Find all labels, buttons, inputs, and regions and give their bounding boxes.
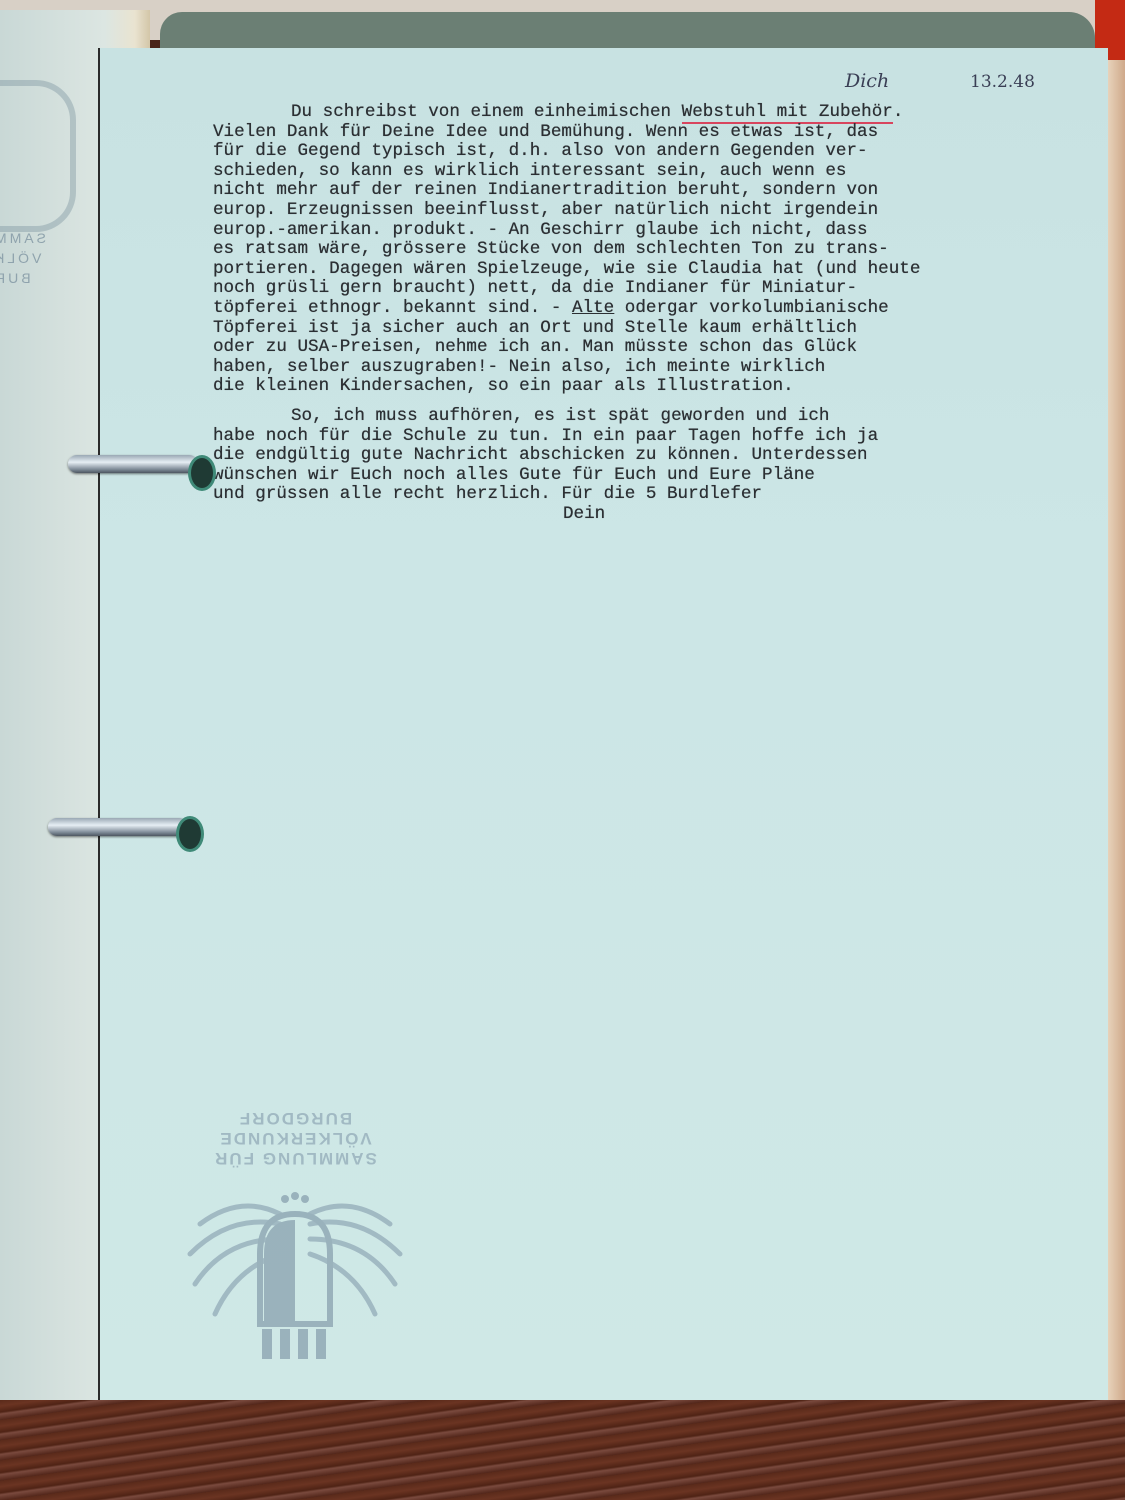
paragraph-1-line: haben, selber auszugraben!- Nein also, i… — [213, 358, 933, 378]
handwritten-date: 13.2.48 — [970, 72, 1035, 92]
binder-ring-top — [68, 455, 198, 473]
left-stamp-line-3: BUR — [0, 270, 31, 286]
paragraph-1-line: europ.-amerikan. produkt. - An Geschirr … — [213, 221, 933, 241]
paragraph-2-line: So, ich muss aufhören, es ist spät gewor… — [213, 407, 933, 427]
paragraph-2-line: die endgültig gute Nachricht abschicken … — [213, 446, 933, 466]
institution-stamp: BURGDORF VÖLKERKUNDE SAMMLUNG FÜR — [180, 1108, 410, 1378]
punch-hole-top — [188, 455, 216, 491]
paragraph-1-line: nicht mehr auf der reinen Indianertradit… — [213, 181, 933, 201]
paragraph-1-line: für die Gegend typisch ist, d.h. also vo… — [213, 142, 933, 162]
left-stamp-line-2: VÖLK — [0, 250, 41, 266]
stamp-line-3: BURGDORF — [180, 1108, 410, 1128]
paragraph-1-line: portieren. Dagegen wären Spielzeuge, wie… — [213, 260, 933, 280]
red-underlined-phrase: Webstuhl mit Zubehör — [682, 102, 893, 124]
paragraph-1-line: europ. Erzeugnissen beeinflusst, aber na… — [213, 201, 933, 221]
paragraph-1-line: noch grüsli gern braucht) nett, da die I… — [213, 279, 933, 299]
letter-page: Dich 13.2.48 Du schreibst von einem einh… — [100, 48, 1108, 1408]
paragraph-1-line: Vielen Dank für Deine Idee und Bemühung.… — [213, 123, 933, 143]
underlined-word: Alte — [572, 298, 614, 318]
paragraph-2-line: und grüssen alle recht herzlich. Für die… — [213, 485, 933, 505]
paragraph-2-line: wünschen wir Euch noch alles Gute für Eu… — [213, 466, 933, 486]
signature: Dein — [213, 505, 933, 525]
paragraph-1-line: Du schreibst von einem einheimischen Web… — [213, 103, 933, 123]
paragraph-2-line: habe noch für die Schule zu tun. In ein … — [213, 427, 933, 447]
handwritten-note: Dich — [845, 70, 889, 92]
left-stamp-line-1: SAMM — [0, 230, 46, 246]
punch-hole-bottom — [176, 816, 204, 852]
left-emblem-icon — [0, 80, 76, 232]
paragraph-1-line: die kleinen Kindersachen, so ein paar al… — [213, 377, 933, 397]
letter-body: Du schreibst von einem einheimischen Web… — [213, 103, 933, 524]
paragraph-1-line: Töpferei ist ja sicher auch an Ort und S… — [213, 319, 933, 339]
wooden-desk — [0, 1400, 1125, 1500]
stamp-line-2: VÖLKERKUNDE — [180, 1128, 410, 1148]
paragraph-1-line: oder zu USA-Preisen, nehme ich an. Man m… — [213, 338, 933, 358]
paragraph-1-line: schieden, so kann es wirklich interessan… — [213, 162, 933, 182]
paragraph-1-line: es ratsam wäre, grössere Stücke von dem … — [213, 240, 933, 260]
paragraph-1-line: töpferei ethnogr. bekannt sind. - Alte o… — [213, 299, 933, 319]
binder-ring-bottom — [48, 818, 188, 836]
stamp-line-1: SAMMLUNG FÜR — [180, 1148, 410, 1168]
stamp-emblem-icon — [180, 1174, 410, 1374]
